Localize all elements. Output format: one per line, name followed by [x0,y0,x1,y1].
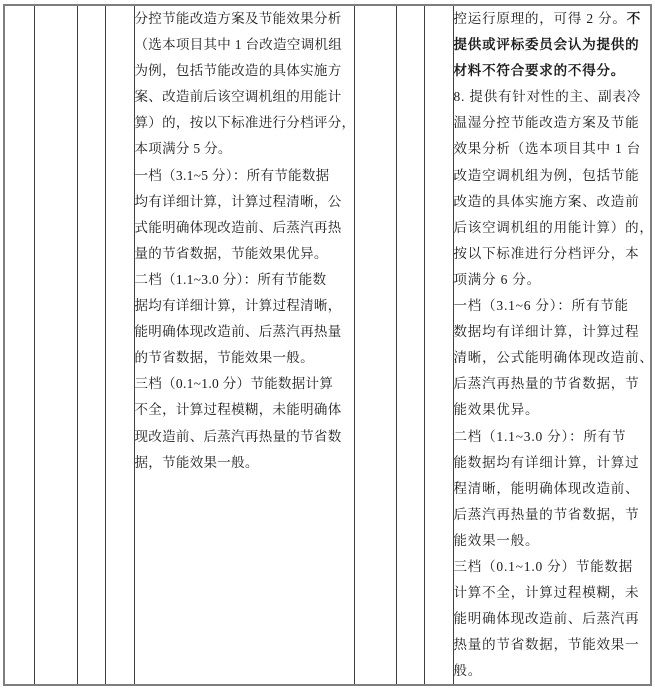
text-segment: 案、改造前后该空调机组的用能计 [135,89,342,104]
text-line: 式能明确体现改造前、后蒸汽再热 [135,215,354,241]
cell-criteria-right-text: 控运行原理的，可得 2 分。不提供或评标委员会认为提供的材料不符合要求的不得分。… [453,5,651,685]
text-line: 据均有详细计算，计算过程清晰， [135,293,354,319]
cell-blank-1 [4,5,34,685]
text-line: 改造的具体实施方案、改造前 [454,189,651,215]
text-segment: 控运行原理的，可得 2 分。 [454,11,627,26]
text-line: 一档（3.1~5 分）：所有节能数据 [135,163,354,189]
text-line: 材料不符合要求的不得分。 [454,58,651,84]
text-line: 控运行原理的，可得 2 分。不 [454,6,651,32]
text-line: （选本项目其中 1 台改造空调机组 [135,32,354,58]
text-segment: 据，节能效果一般。 [135,455,259,470]
text-line: 清晰，公式能明确体现改造前、 [454,345,651,371]
text-segment: 现改造前、后蒸汽再热量的节省数 [135,429,342,444]
cell-blank-2 [34,5,77,685]
text-line: 效果分析（选本项目其中 1 台 [454,136,651,162]
text-line: 项满分 6 分。 [454,267,651,293]
text-segment: 能效果一般。 [454,533,540,548]
cell-criteria-left-text: 分控节能改造方案及节能效果分析（选本项目其中 1 台改造空调机组为例，包括节能改… [134,5,354,685]
text-segment: 温湿分控节能改造方案及节能 [454,115,640,130]
text-segment: 一档（3.1~6 分）：所有节能 [454,298,629,313]
text-segment: 能明确体现改造前、后蒸汽再热量 [135,324,342,339]
text-line: 不全，计算过程模糊，未能明确体 [135,397,354,423]
bold-text-segment: 材料不符合要求的不得分。 [454,63,626,78]
text-segment: 改造空调机组为例，包括节能 [454,168,640,183]
text-line: 后蒸汽再热量的节省数据，节 [454,502,651,528]
text-line: 能明确体现改造前、后蒸汽再 [454,606,651,632]
text-line: 算）的，按以下标准进行分档评分， [135,110,354,136]
text-line: 按以下标准进行分档评分，本 [454,241,651,267]
cell-blank-6 [396,5,424,685]
cell-blank-4 [105,5,134,685]
text-line: 能效果优异。 [454,397,651,423]
text-segment: 的节省数据，节能效果一般。 [135,350,314,365]
text-line: 一档（3.1~6 分）：所有节能 [454,293,651,319]
text-line: 8. 提供有针对性的主、副表冷 [454,84,651,110]
text-segment: 项满分 6 分。 [454,272,541,287]
text-segment: 能效果优异。 [454,402,540,417]
text-line: 分控节能改造方案及节能效果分析 [135,6,354,32]
text-segment: 本项满分 5 分。 [135,141,232,156]
evaluation-criteria-table: 分控节能改造方案及节能效果分析（选本项目其中 1 台改造空调机组为例，包括节能改… [3,4,652,686]
text-segment: 算）的，按以下标准进行分档评分， [135,115,354,130]
text-segment: 量的节省数据，节能效果优异。 [135,246,328,261]
text-segment: 二档（1.1~3.0 分）：所有节能数 [135,272,327,287]
bold-text-segment: 不 [627,11,641,26]
text-segment: 般。 [454,663,483,678]
text-segment: 一档（3.1~5 分）：所有节能数据 [135,168,330,183]
text-segment: 不全，计算过程模糊，未能明确体 [135,402,342,417]
text-line: 三档（0.1~1.0 分）节能数据 [454,554,651,580]
text-line: 均有详细计算，计算过程清晰，公 [135,189,354,215]
text-segment: 为例，包括节能改造的具体实施方 [135,63,342,78]
text-segment: 能明确体现改造前、后蒸汽再 [454,611,640,626]
text-line: 热量的节省数据，节能效果一 [454,632,651,658]
text-line: 三档（0.1~1.0 分）节能数据计算 [135,371,354,397]
text-line: 提供或评标委员会认为提供的 [454,32,651,58]
criteria-row: 分控节能改造方案及节能效果分析（选本项目其中 1 台改造空调机组为例，包括节能改… [4,5,651,685]
text-segment: 改造的具体实施方案、改造前 [454,194,640,209]
text-segment: 程清晰，能明确体现改造前、 [454,481,640,496]
text-line: 程清晰，能明确体现改造前、 [454,476,651,502]
text-segment: 计算不全，计算过程模糊，未 [454,585,640,600]
text-segment: 后蒸汽再热量的节省数据，节 [454,376,640,391]
bold-text-segment: 提供或评标委员会认为提供的 [454,37,640,52]
text-line: 案、改造前后该空调机组的用能计 [135,84,354,110]
text-line: 据，节能效果一般。 [135,450,354,476]
text-line: 本项满分 5 分。 [135,136,354,162]
text-line: 现改造前、后蒸汽再热量的节省数 [135,424,354,450]
text-line: 能数据均有详细计算，计算过 [454,450,651,476]
cell-blank-7 [424,5,453,685]
text-segment: 清晰，公式能明确体现改造前、 [454,350,651,365]
text-segment: （选本项目其中 1 台改造空调机组 [135,37,343,52]
text-segment: 后该空调机组的用能计算）的， [454,220,651,235]
text-segment: 效果分析（选本项目其中 1 台 [454,141,642,156]
text-segment: 三档（0.1~1.0 分）节能数据计算 [135,376,334,391]
text-segment: 均有详细计算，计算过程清晰，公 [135,194,342,209]
text-line: 后该空调机组的用能计算）的， [454,215,651,241]
text-segment: 二档（1.1~3.0 分）：所有节 [454,429,627,444]
text-segment: 数据均有详细计算，计算过程 [454,324,640,339]
text-segment: 热量的节省数据，节能效果一 [454,637,640,652]
text-line: 为例，包括节能改造的具体实施方 [135,58,354,84]
text-line: 二档（1.1~3.0 分）：所有节能数 [135,267,354,293]
text-line: 能效果一般。 [454,528,651,554]
text-line: 后蒸汽再热量的节省数据，节 [454,371,651,397]
text-segment: 后蒸汽再热量的节省数据，节 [454,507,640,522]
text-line: 能明确体现改造前、后蒸汽再热量 [135,319,354,345]
text-line: 数据均有详细计算，计算过程 [454,319,651,345]
text-segment: 分控节能改造方案及节能效果分析 [135,11,342,26]
text-line: 的节省数据，节能效果一般。 [135,345,354,371]
text-line: 量的节省数据，节能效果优异。 [135,241,354,267]
text-line: 计算不全，计算过程模糊，未 [454,580,651,606]
text-line: 二档（1.1~3.0 分）：所有节 [454,424,651,450]
text-segment: 按以下标准进行分档评分，本 [454,246,640,261]
text-segment: 能数据均有详细计算，计算过 [454,455,640,470]
cell-blank-5 [354,5,396,685]
text-segment: 据均有详细计算，计算过程清晰， [135,298,342,313]
text-segment: 三档（0.1~1.0 分）节能数据 [454,559,634,574]
cell-blank-3 [77,5,105,685]
text-line: 般。 [454,658,651,684]
text-line: 改造空调机组为例，包括节能 [454,163,651,189]
text-line: 温湿分控节能改造方案及节能 [454,110,651,136]
text-segment: 8. 提供有针对性的主、副表冷 [454,89,642,104]
text-segment: 式能明确体现改造前、后蒸汽再热 [135,220,342,235]
